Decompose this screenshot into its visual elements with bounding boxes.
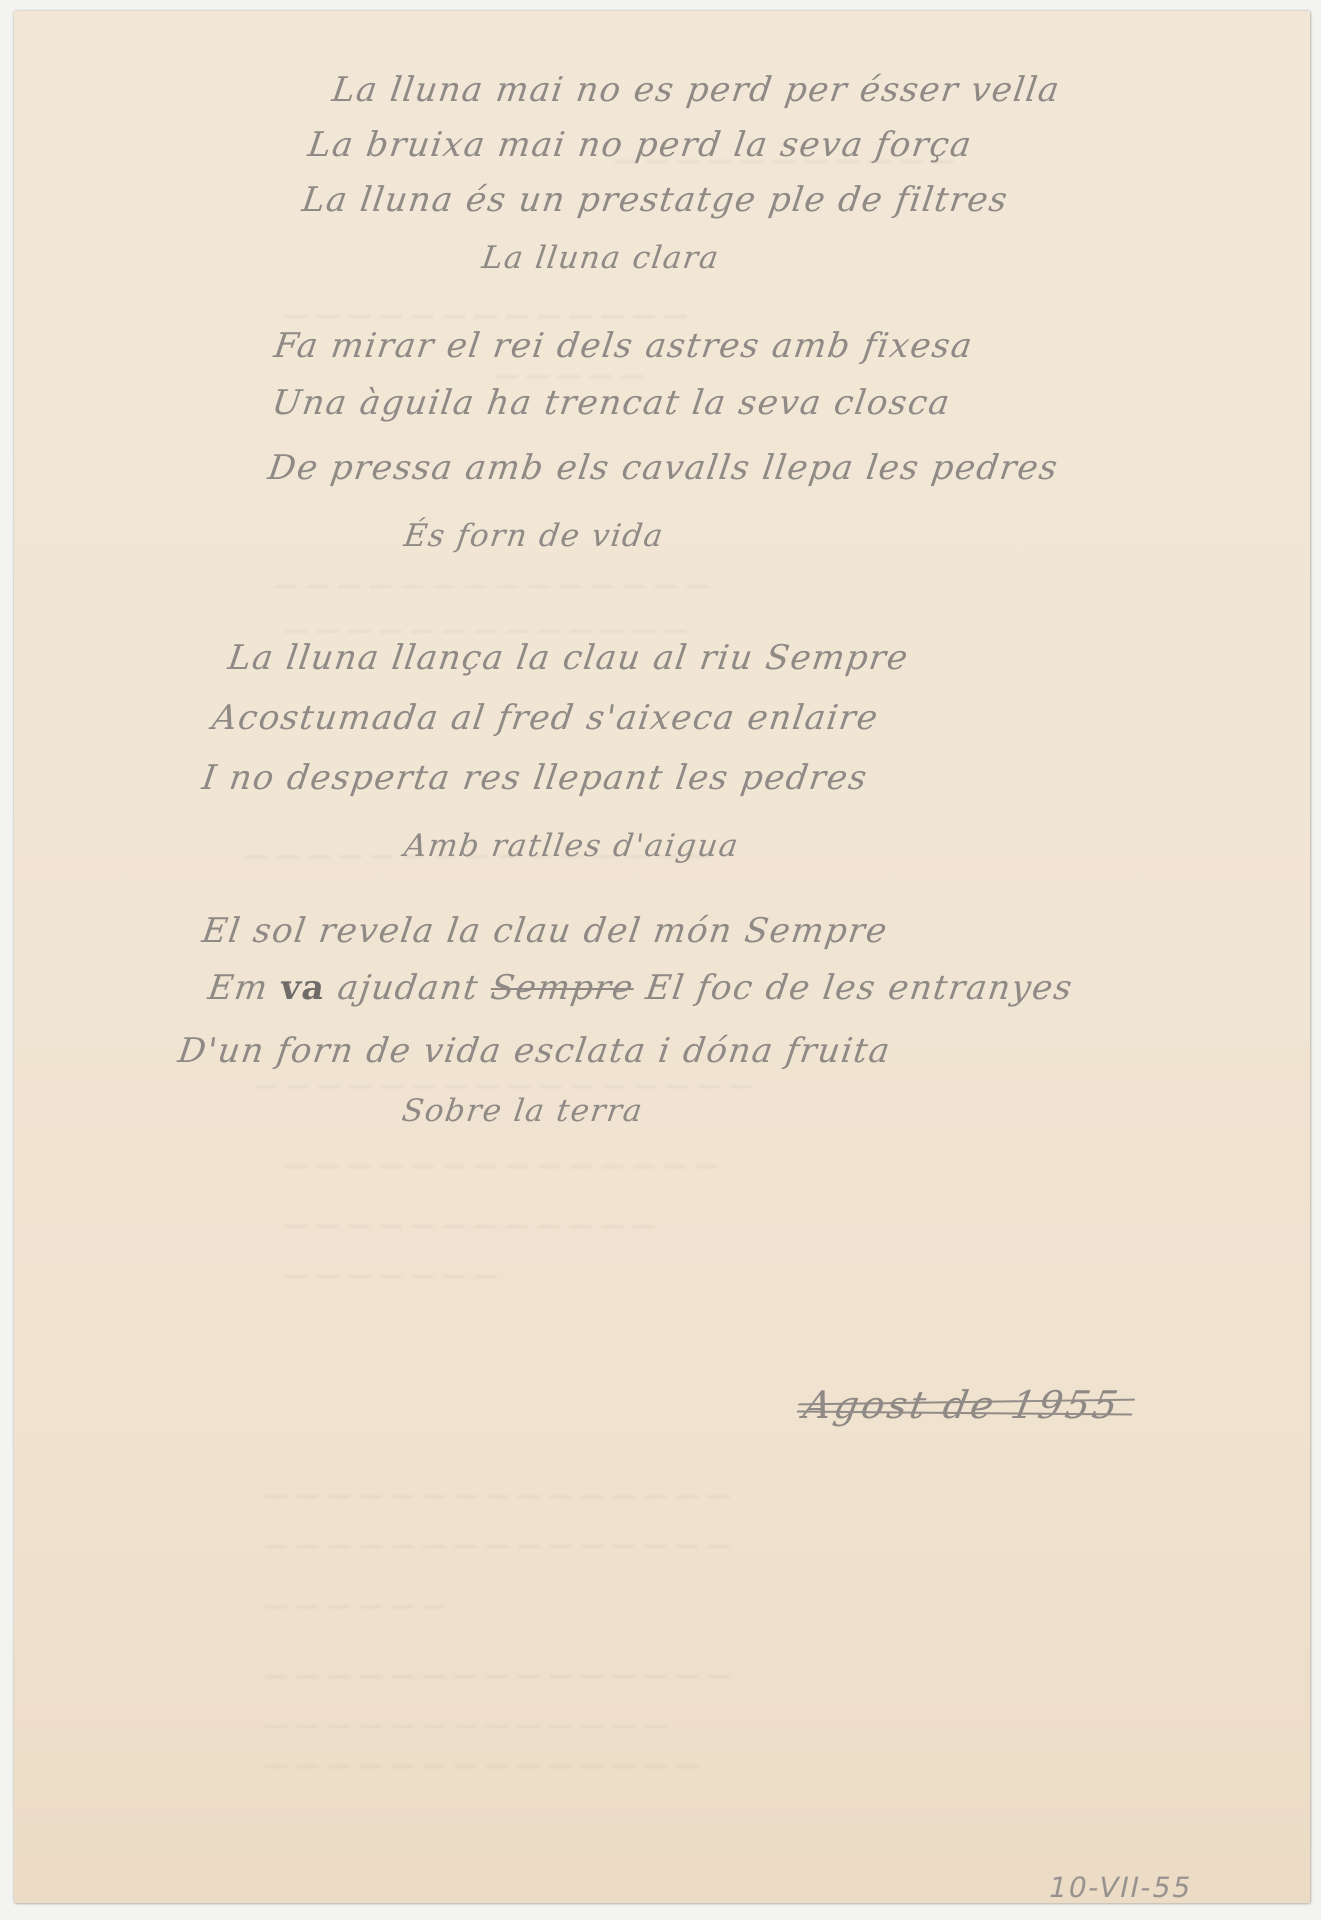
- poem-line: La lluna llança la clau al riu Sempre: [226, 641, 911, 675]
- poem-refrain: La lluna clara: [480, 243, 721, 274]
- poem-line: Acostumada al fred s'aixeca enlaire: [210, 701, 881, 735]
- struck-word: Sempre: [488, 968, 636, 1008]
- poem-line: I no desperta res llepant les pedres: [200, 761, 870, 795]
- line-prefix: Em: [206, 968, 272, 1008]
- poem-line: El sol revela la clau del món Sempre: [200, 914, 890, 948]
- poem-line: Una àguila ha trencat la seva closca: [270, 386, 953, 420]
- poem-line: Fa mirar el rei dels astres amb fixesa: [272, 329, 975, 363]
- poem-line: D'un forn de vida esclata i dóna fruita: [176, 1034, 893, 1068]
- poem-line-with-correction: Em va ajudant Sempre El foc de les entra…: [206, 971, 1075, 1005]
- poem-line: La bruixa mai no perd la seva força: [306, 128, 974, 162]
- struck-date: Agost de 1955: [800, 1383, 1124, 1427]
- inserted-word: va: [278, 968, 328, 1008]
- poem-line: La lluna mai no es perd per ésser vella: [330, 73, 1063, 107]
- line-suffix: El foc de les entranyes: [643, 968, 1075, 1008]
- manuscript-page: — — — — — — — — — — — — — — — — — — — — …: [14, 11, 1310, 1903]
- poem-line: La lluna és un prestatge ple de filtres: [300, 183, 1010, 217]
- poem-refrain: És forn de vida: [402, 521, 666, 552]
- poem-refrain: Sobre la terra: [400, 1096, 645, 1127]
- poem-refrain: Amb ratlles d'aigua: [402, 831, 741, 862]
- reverse-side-show-through: — — — — — — — — — — — — — — — — — — — — …: [14, 11, 1310, 1903]
- line-middle: ajudant: [335, 968, 481, 1008]
- poem-line: De pressa amb els cavalls llepa les pedr…: [266, 451, 1061, 485]
- archive-date: 10-VII-55: [1045, 1871, 1196, 1904]
